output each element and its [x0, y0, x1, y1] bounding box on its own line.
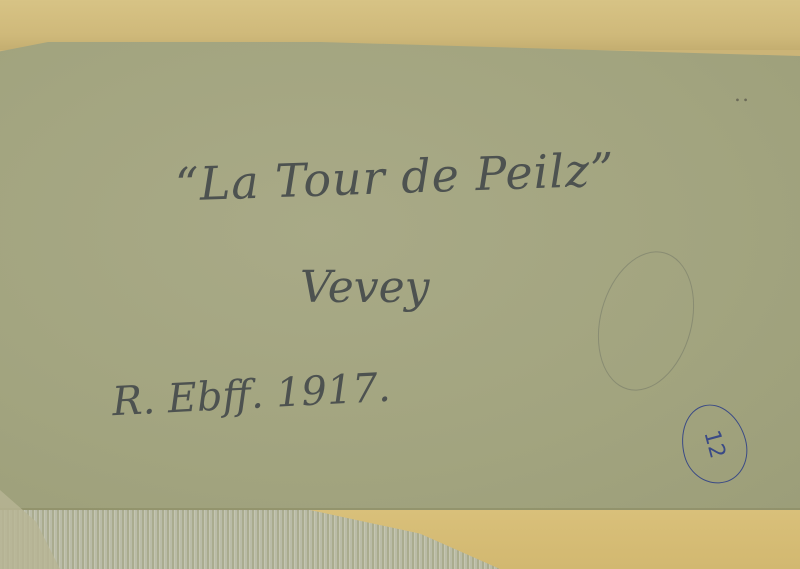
- circled-number: 12: [698, 427, 729, 461]
- inscription-place: Vevey: [300, 262, 430, 313]
- corner-dots: ∙ ∙: [735, 95, 748, 106]
